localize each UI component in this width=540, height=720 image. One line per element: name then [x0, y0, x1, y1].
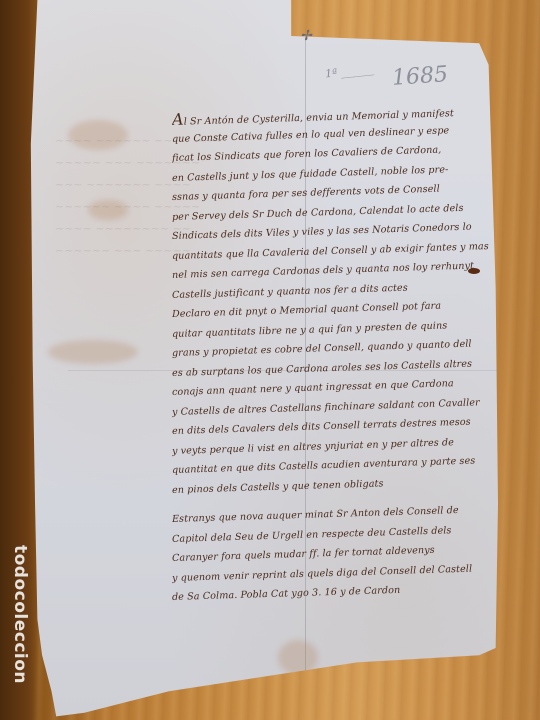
paragraph-3: Estranys que nova auquer minat Sr Anton …: [172, 510, 490, 608]
paragraph-2: Declaro en dit pnyt o Memorial quant Con…: [172, 305, 490, 500]
ink-blot: [468, 268, 480, 274]
paragraph-1: Al Sr Antón de Cysterilla, envia un Memo…: [172, 110, 490, 305]
year-annotation: 1685: [391, 62, 449, 91]
manuscript-body: Al Sr Antón de Cysterilla, envia un Memo…: [172, 110, 490, 608]
header-mark: ✢: [300, 28, 312, 44]
watermark-logo: todocoleccion: [8, 545, 30, 705]
stain: [278, 640, 318, 675]
stain: [48, 340, 138, 364]
